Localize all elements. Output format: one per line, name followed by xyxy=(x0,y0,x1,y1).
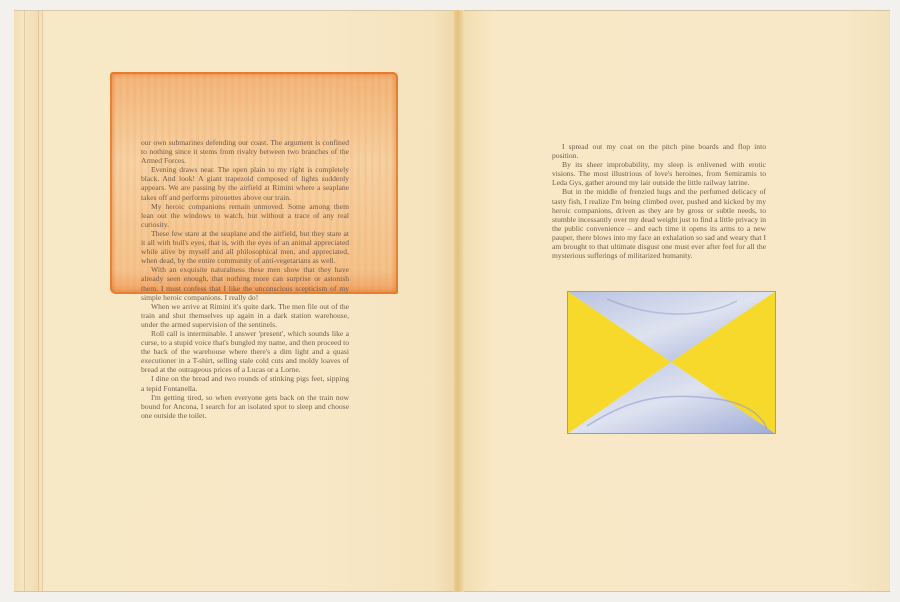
page-edge-line xyxy=(38,11,39,591)
paragraph: I spread out my coat on the pitch pine b… xyxy=(552,142,766,160)
paragraph: But in the middle of frenzied hugs and t… xyxy=(552,187,766,260)
right-page-text: I spread out my coat on the pitch pine b… xyxy=(552,142,766,260)
left-page-text: our own submarines defending our coast. … xyxy=(141,138,349,420)
paragraph: With an exquisite naturalness these men … xyxy=(141,265,349,301)
paragraph: Evening draws near. The open plain to my… xyxy=(141,165,349,201)
paragraph: I dine on the bread and two rounds of st… xyxy=(141,374,349,392)
page-edge-line xyxy=(24,11,25,591)
book-gutter xyxy=(454,10,464,592)
geometric-illustration xyxy=(567,291,776,434)
paragraph: My heroic companions remain unmoved. Som… xyxy=(141,202,349,229)
paragraph: When we arrive at Rimini it's quite dark… xyxy=(141,302,349,329)
paragraph: our own submarines defending our coast. … xyxy=(141,138,349,165)
hourglass-triangles-icon xyxy=(567,291,776,434)
paragraph: I'm getting tired, so when everyone gets… xyxy=(141,393,349,420)
page-edge-line xyxy=(42,11,43,591)
paragraph: These few stare at the seaplane and the … xyxy=(141,229,349,265)
paragraph: Roll call is interminable. I answer 'pre… xyxy=(141,329,349,374)
paragraph: By its sheer improbability, my sleep is … xyxy=(552,160,766,187)
